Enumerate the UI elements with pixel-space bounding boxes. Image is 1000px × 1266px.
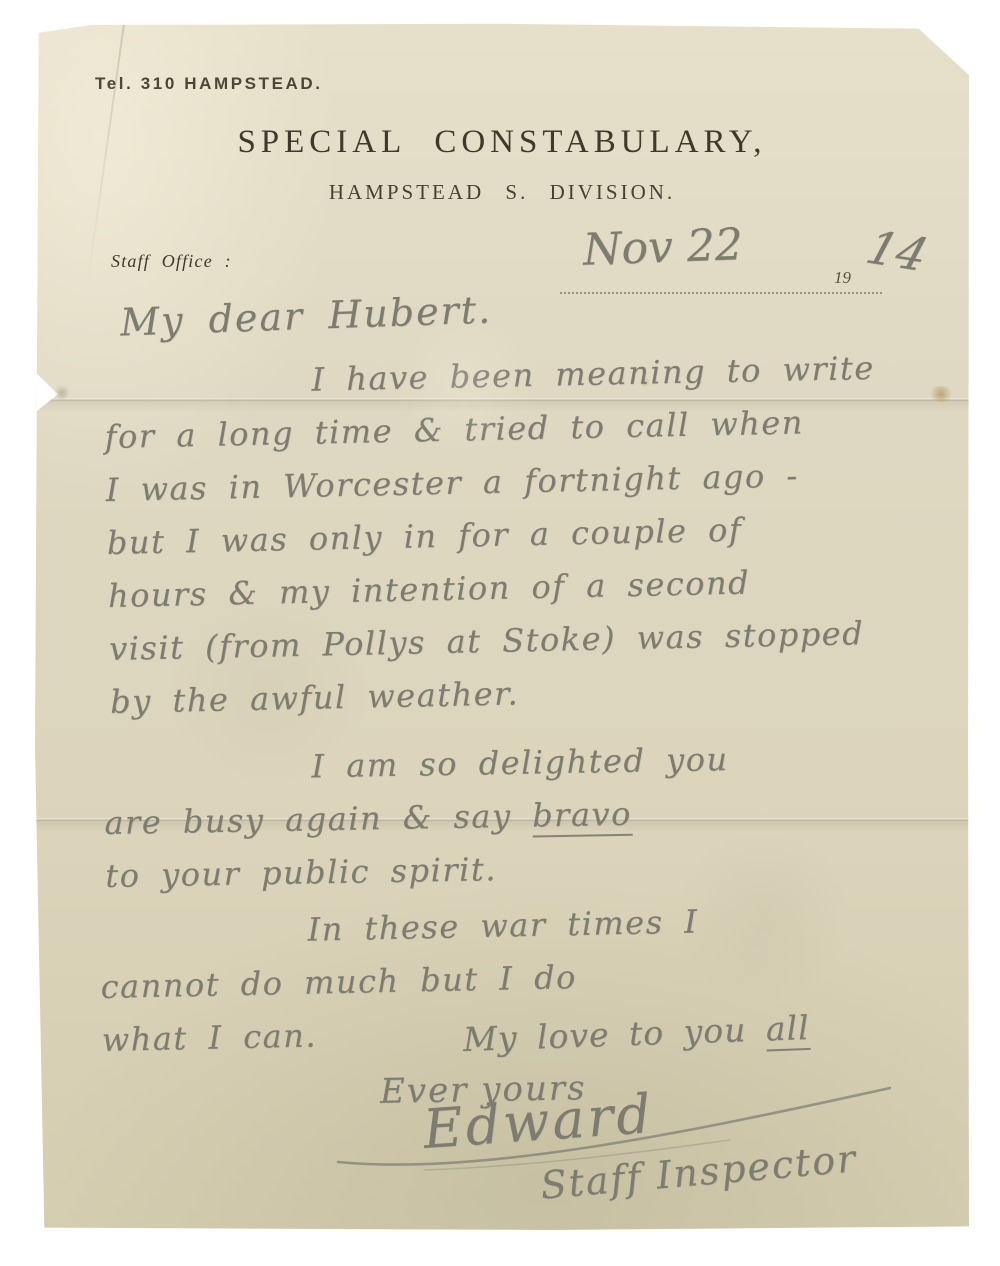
letterhead-division: HAMPSTEAD S. DIVISION. (35, 180, 969, 205)
date-handwritten-year: 14 (860, 220, 934, 281)
paragraph-1: I have been meaning to write for a long … (103, 342, 882, 729)
torn-notch-shadow (55, 384, 69, 402)
paper-stain-right (928, 386, 954, 402)
line-text: are busy again & say (104, 797, 532, 842)
salutation: My dear Hubert. (119, 288, 492, 345)
handwritten-line: I am so delighted you (103, 733, 729, 797)
letterhead-title: SPECIAL CONSTABULARY, (35, 124, 969, 161)
underlined-word-bravo: bravo (532, 795, 632, 838)
underlined-word-all: all (765, 1008, 810, 1052)
date-printed-century: 19 (834, 268, 851, 288)
scanned-letter-photo: Tel. 310 HAMPSTEAD. SPECIAL CONSTABULARY… (0, 0, 1000, 1266)
staff-office-label: Staff Office : (111, 251, 232, 272)
handwritten-line: to your public spirit. (105, 839, 731, 903)
letter-paper: Tel. 310 HAMPSTEAD. SPECIAL CONSTABULARY… (35, 22, 969, 1230)
letterhead-telephone: Tel. 310 HAMPSTEAD. (95, 74, 323, 94)
date-handwritten-month-day: Nov 22 (582, 219, 744, 276)
paragraph-2: I am so delighted you are busy again & s… (103, 733, 731, 903)
